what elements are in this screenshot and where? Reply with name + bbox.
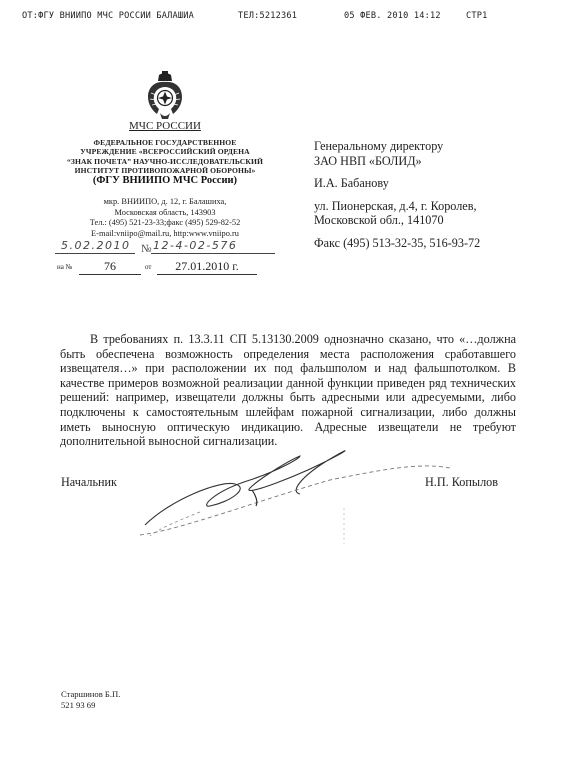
org-name-line: ФЕДЕРАЛЬНОЕ ГОСУДАРСТВЕННОЕ: [45, 138, 285, 147]
fax-sender-phone: ТЕЛ:5212361: [238, 11, 297, 21]
addressee-person: И.А. Бабанову: [314, 176, 554, 191]
reply-date: 27.01.2010 г.: [157, 259, 257, 275]
executor-phone: 521 93 69: [61, 700, 120, 711]
handwritten-signature-icon: [140, 440, 470, 550]
org-address-line: мкр. ВНИИПО, д. 12, г. Балашиха,: [45, 197, 285, 208]
org-address-line: Московская область, 143903: [45, 208, 285, 219]
letter-body-paragraph: В требованиях п. 13.3.11 СП 5.13130.2009…: [60, 332, 516, 449]
outgoing-registration: 5.02.2010 № 12-4-02-576: [55, 239, 285, 255]
addressee-fax: Факс (495) 513-32-35, 516-93-72: [314, 236, 554, 251]
addressee-city: Московской обл., 141070: [314, 213, 554, 228]
fax-datetime: 05 ФЕВ. 2010 14:12: [344, 11, 441, 21]
org-name-line: УЧРЕЖДЕНИЕ «ВСЕРОССИЙСКИЙ ОРДЕНА: [45, 147, 285, 156]
mchs-emblem-icon: [145, 69, 185, 121]
org-name-line: “ЗНАК ПОЧЕТА” НАУЧНО-ИССЛЕДОВАТЕЛЬСКИЙ: [45, 157, 285, 166]
signatory-title: Начальник: [61, 475, 117, 490]
reply-number: 76: [79, 259, 141, 275]
outgoing-number: 12-4-02-576: [153, 239, 237, 252]
org-phone-fax: Тел.: (495) 521-23-33;факс (495) 529-82-…: [45, 218, 285, 229]
executor-block: Старшинов Б.П. 521 93 69: [61, 689, 120, 710]
fax-sender: ОТ:ФГУ ВНИИПО МЧС РОССИИ БАЛАШИА: [22, 11, 194, 21]
addressee-block: Генеральному директору ЗАО НВП «БОЛИД» И…: [314, 139, 554, 250]
organization-full-name: ФЕДЕРАЛЬНОЕ ГОСУДАРСТВЕННОЕ УЧРЕЖДЕНИЕ «…: [45, 138, 285, 176]
org-email-web: E-mail:vniipo@mail.ru, http:www.vniipo.r…: [45, 229, 285, 240]
addressee-position: Генеральному директору: [314, 139, 554, 154]
reply-date-label: от: [145, 263, 151, 271]
fax-transmission-header: ОТ:ФГУ ВНИИПО МЧС РОССИИ БАЛАШИА ТЕЛ:521…: [22, 11, 562, 25]
organization-short-name: (ФГУ ВНИИПО МЧС России): [45, 175, 285, 186]
reply-number-label: на №: [57, 263, 72, 271]
outgoing-number-label: №: [141, 243, 152, 255]
executor-name: Старшинов Б.П.: [61, 689, 120, 700]
fax-page-number: СТР1: [466, 11, 488, 21]
addressee-street: ул. Пионерская, д.4, г. Королев,: [314, 199, 554, 214]
reply-reference: на № 76 от 27.01.2010 г.: [57, 259, 287, 275]
signatory-name: Н.П. Копылов: [425, 475, 498, 490]
outgoing-date-underline: [55, 253, 135, 254]
outgoing-date: 5.02.2010: [61, 239, 130, 252]
outgoing-number-underline: [151, 253, 275, 254]
addressee-company: ЗАО НВП «БОЛИД»: [314, 154, 554, 169]
organization-contacts: мкр. ВНИИПО, д. 12, г. Балашиха, Московс…: [45, 197, 285, 239]
ministry-name: МЧС РОССИИ: [70, 120, 260, 132]
